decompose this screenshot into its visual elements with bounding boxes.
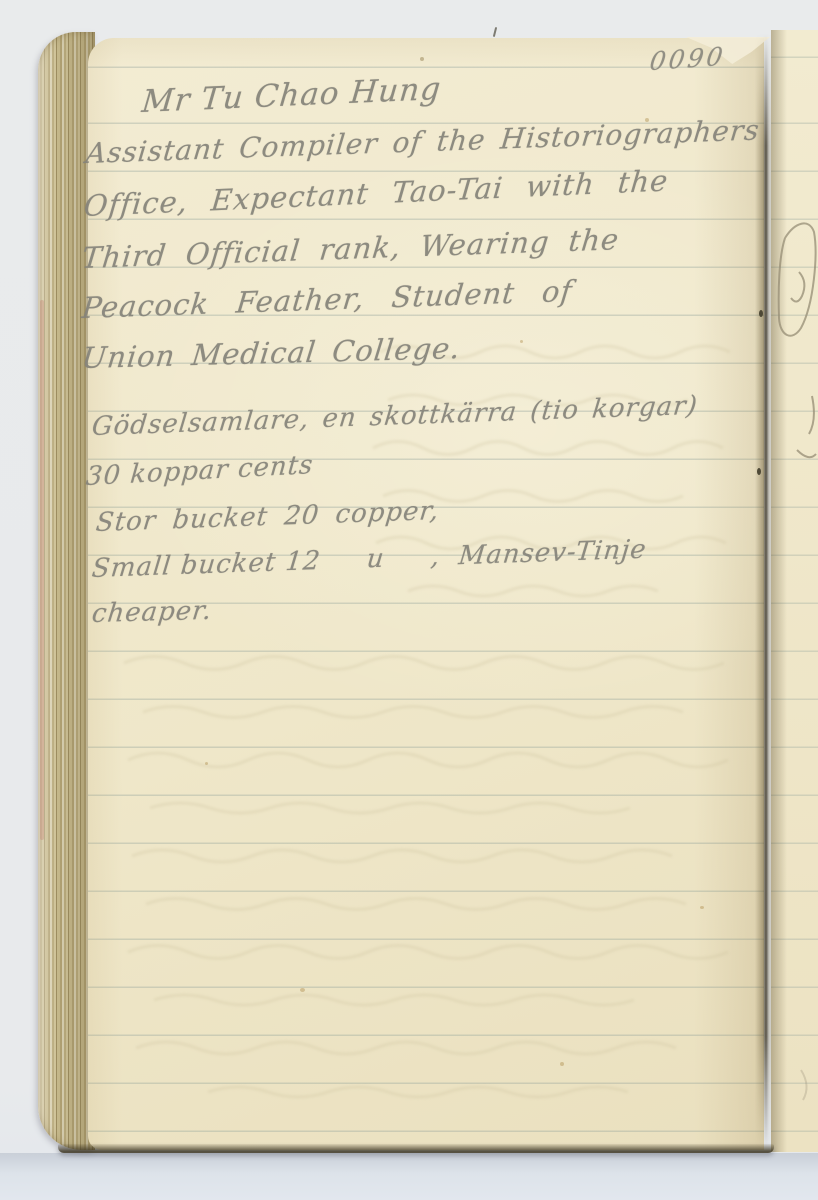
page-bottom-edge-shadow [58,1144,774,1153]
binding-dot [759,310,763,317]
scanner-bed-bottom [0,1153,818,1200]
binding-dot [757,468,761,475]
paper-speck [520,340,523,343]
paper-speck [645,118,649,122]
paper-speck [700,906,704,909]
paper-speck [205,762,208,765]
facing-page-sliver [771,30,818,1152]
page-number: 0090 [648,42,728,77]
pencil-sketch-marks [771,30,818,1152]
fore-edge-red-tint [40,300,44,840]
paper-speck [420,57,424,61]
pencil-tick-mark [493,27,497,37]
paper-speck [300,988,305,992]
handwritten-line: cheaper. [90,596,213,629]
scanned-notebook-photo: 0090 Mr Tu Chao Hung Assistant Compiler … [0,0,818,1200]
paper-speck [560,1062,564,1066]
